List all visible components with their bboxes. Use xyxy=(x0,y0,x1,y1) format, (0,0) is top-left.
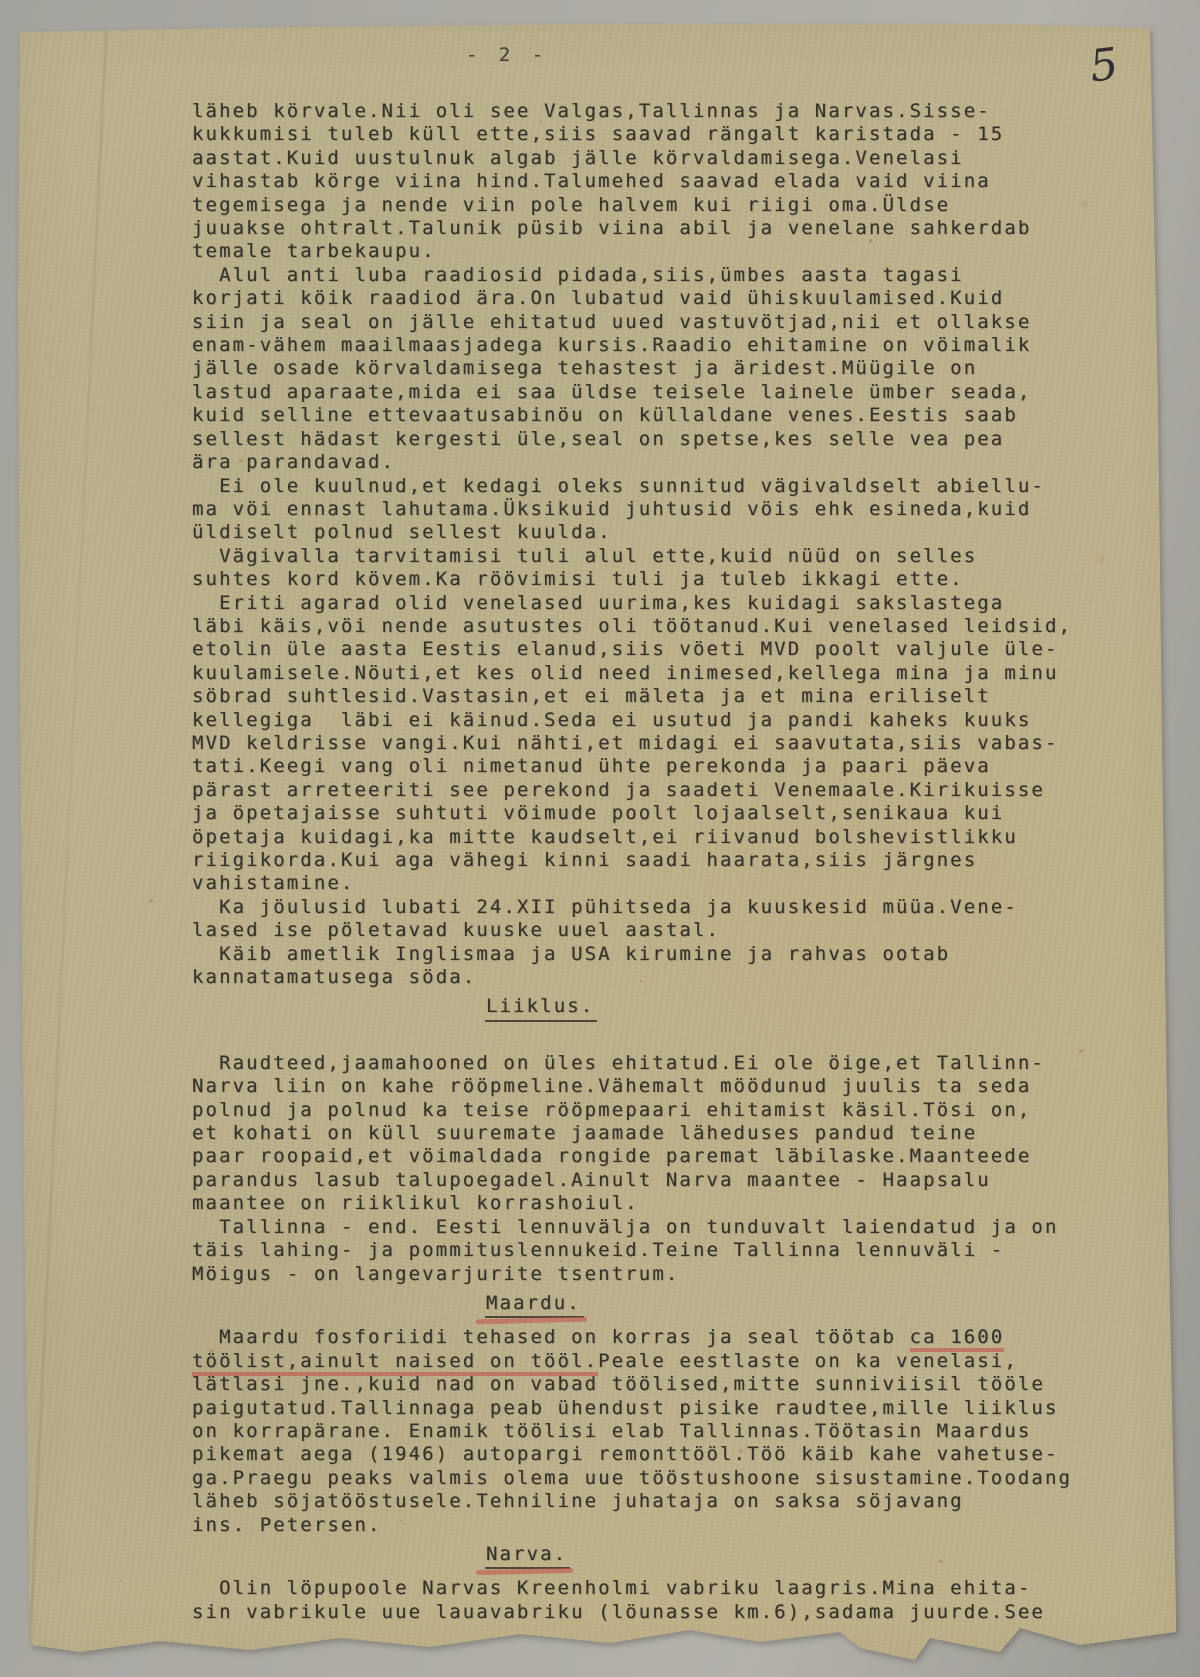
text-line: sin vabrikule uue lauavabriku (löunasse … xyxy=(192,1601,1092,1624)
text-fragment: Peale eestlaste on ka venelasi, xyxy=(598,1350,1018,1372)
text-line: läheb söjatööstusele.Tehniline juhataja … xyxy=(192,1490,1092,1513)
text-line: ga.Praegu peaks valmis olema uue tööstus… xyxy=(192,1467,1092,1490)
text-line: täis lahing- ja pommituslennukeid.Teine … xyxy=(192,1239,1092,1262)
text-line: kellegiga läbi ei käinud.Seda ei usutud … xyxy=(192,709,1092,732)
text-line: sellest hädast kergesti üle,seal on spet… xyxy=(192,428,1092,451)
paragraph: Vägivalla tarvitamisi tuli alul ette,kui… xyxy=(192,545,1092,592)
text-line: Möigus - on langevarjurite tsentrum. xyxy=(192,1263,1092,1286)
text-line: vahistamine. xyxy=(192,872,1092,895)
text-line: pärast arreteeriti see perekond ja saade… xyxy=(192,779,1092,802)
text-line: Tallinna - end. Eesti lennuvälja on tund… xyxy=(192,1216,1092,1239)
text-line: aastat.Kuid uustulnuk algab jälle körval… xyxy=(192,147,1092,170)
text-line: ja öpetajaisse suhtuti vöimude poolt loj… xyxy=(192,802,1092,825)
text-line: ära parandavad. xyxy=(192,451,1092,474)
text-line: paigutatud.Tallinnaga peab ühendust pisi… xyxy=(192,1397,1092,1420)
text-line: lased ise pöletavad kuuske uuel aastal. xyxy=(192,919,1092,942)
text-line: Raudteed,jaamahooned on üles ehitatud.Ei… xyxy=(192,1052,1092,1075)
typed-page-number: - 2 - xyxy=(466,44,548,66)
text-line: Ka jöulusid lubati 24.XII pühitseda ja k… xyxy=(192,896,1092,919)
text-line: et kohati on küll suuremate jaamade lähe… xyxy=(192,1122,1092,1145)
text-line: enam-vähem maailmaasjadega kursis.Raadio… xyxy=(192,334,1092,357)
paragraph: Maardu fosforiidi tehased on korras ja s… xyxy=(192,1326,1092,1537)
text-line: polnud ja polnud ka teise rööpmepaari eh… xyxy=(192,1099,1092,1122)
text-line: tegemisega ja nende viin pole halvem kui… xyxy=(192,194,1092,217)
text-line: kannatamatusega söda. xyxy=(192,966,1092,989)
text-line: Vägivalla tarvitamisi tuli alul ette,kui… xyxy=(192,545,1092,568)
text-line: tati.Keegi vang oli nimetanud ühte perek… xyxy=(192,755,1092,778)
text-line: pikemat aega (1946) autopargi remonttööl… xyxy=(192,1443,1092,1466)
text-line: kuulamisele.Nöuti,et kes olid need inime… xyxy=(192,662,1092,685)
text-line: ins. Petersen. xyxy=(192,1514,1092,1537)
text-line: juuakse ohtralt.Talunik püsib viina abil… xyxy=(192,217,1092,240)
text-line: on korrapärane. Enamik töölisi elab Tall… xyxy=(192,1420,1092,1443)
text-line: Käib ametlik Inglismaa ja USA kirumine j… xyxy=(192,943,1092,966)
paper-speckles xyxy=(0,0,2,2)
text-line: Narva liin on kahe rööpmeline.Vähemalt m… xyxy=(192,1075,1092,1098)
section-heading-text: Maardu. xyxy=(485,1292,584,1318)
section-heading-liiklus: Liiklus. xyxy=(485,995,1092,1021)
text-line: temale tarbekaupu. xyxy=(192,240,1092,263)
text-line: MVD keldrisse vangi.Kui nähti,et midagi … xyxy=(192,732,1092,755)
section-heading-text: Liiklus. xyxy=(485,995,597,1021)
text-line: läbi käis,vöi nende asutustes oli töötan… xyxy=(192,615,1092,638)
paragraph: Ei ole kuulnud,et kedagi oleks sunnitud … xyxy=(192,475,1092,545)
paragraph: Tallinna - end. Eesti lennuvälja on tund… xyxy=(192,1216,1092,1286)
text-line: Alul anti luba raadiosid pidada,siis,ümb… xyxy=(192,264,1092,287)
text-line: korjati köik raadiod ära.On lubatud vaid… xyxy=(192,287,1092,310)
text-line: läheb körvale.Nii oli see Valgas,Tallinn… xyxy=(192,100,1092,123)
text-line: söbrad suhtlesid.Vastasin,et ei mäleta j… xyxy=(192,685,1092,708)
paragraph: Alul anti luba raadiosid pidada,siis,ümb… xyxy=(192,264,1092,475)
text-line: riigikorda.Kui aga vähegi kinni saadi ha… xyxy=(192,849,1092,872)
text-line: kukkumisi tuleb küll ette,siis saavad rä… xyxy=(192,123,1092,146)
paragraph: Käib ametlik Inglismaa ja USA kirumine j… xyxy=(192,943,1092,990)
paper-crease xyxy=(27,0,109,1675)
handwritten-page-number: 5 xyxy=(1087,38,1121,92)
red-underlined-text: ca 1600 xyxy=(910,1326,1005,1352)
paper-sheet: - 2 - 5 läheb körvale.Nii oli see Valgas… xyxy=(0,0,1200,1677)
section-heading-maardu: Maardu. xyxy=(485,1292,1092,1318)
text-line: Olin löpupoole Narvas Kreenholmi vabriku… xyxy=(192,1577,1092,1600)
text-line: Maardu fosforiidi tehased on korras ja s… xyxy=(192,1326,1092,1349)
red-underlined-text: töölist,ainult naised on tööl. xyxy=(192,1350,598,1376)
text-line: lastud aparaate,mida ei saa üldse teisel… xyxy=(192,381,1092,404)
paragraph: Olin löpupoole Narvas Kreenholmi vabriku… xyxy=(192,1577,1092,1624)
text-line: öpetaja kuidagi,ka mitte kaudselt,ei rii… xyxy=(192,826,1092,849)
text-line: paar roopaid,et vöimaldada rongide parem… xyxy=(192,1145,1092,1168)
text-line: ma vöi ennast lahutama.Üksikuid juhtusid… xyxy=(192,498,1092,521)
text-line: suhtes kord kövem.Ka röövimisi tuli ja t… xyxy=(192,568,1092,591)
text-line: vihastab körge viina hind.Talumehed saav… xyxy=(192,170,1092,193)
text-fragment: Maardu fosforiidi tehased on korras ja s… xyxy=(192,1326,910,1348)
paragraph: Raudteed,jaamahooned on üles ehitatud.Ei… xyxy=(192,1052,1092,1216)
scanned-page: - 2 - 5 läheb körvale.Nii oli see Valgas… xyxy=(0,0,1200,1677)
text-line: siin ja seal on jälle ehitatud uued vast… xyxy=(192,311,1092,334)
text-line: Eriti agarad olid venelased uurima,kes k… xyxy=(192,592,1092,615)
text-line: lätlasi jne.,kuid nad on vabad töölised,… xyxy=(192,1373,1092,1396)
text-line: maantee on riiklikul korrashoiul. xyxy=(192,1192,1092,1215)
text-line: etolin üle aasta Eestis elanud,siis vöet… xyxy=(192,638,1092,661)
paragraph: Eriti agarad olid venelased uurima,kes k… xyxy=(192,592,1092,896)
text-line: kuid selline ettevaatusabinöu on küllald… xyxy=(192,404,1092,427)
text-line: Ei ole kuulnud,et kedagi oleks sunnitud … xyxy=(192,475,1092,498)
paragraph: läheb körvale.Nii oli see Valgas,Tallinn… xyxy=(192,100,1092,264)
section-heading-narva: Narva. xyxy=(485,1543,1092,1569)
text-line: jälle osade körvaldamisega tehastest ja … xyxy=(192,357,1092,380)
text-line: parandus lasub talupoegadel.Ainult Narva… xyxy=(192,1169,1092,1192)
paragraph: Ka jöulusid lubati 24.XII pühitseda ja k… xyxy=(192,896,1092,943)
text-line: üldiselt polnud sellest kuulda. xyxy=(192,521,1092,544)
document-text: läheb körvale.Nii oli see Valgas,Tallinn… xyxy=(192,100,1092,1624)
section-heading-text: Narva. xyxy=(485,1543,570,1569)
text-line: töölist,ainult naised on tööl.Peale eest… xyxy=(192,1350,1092,1373)
